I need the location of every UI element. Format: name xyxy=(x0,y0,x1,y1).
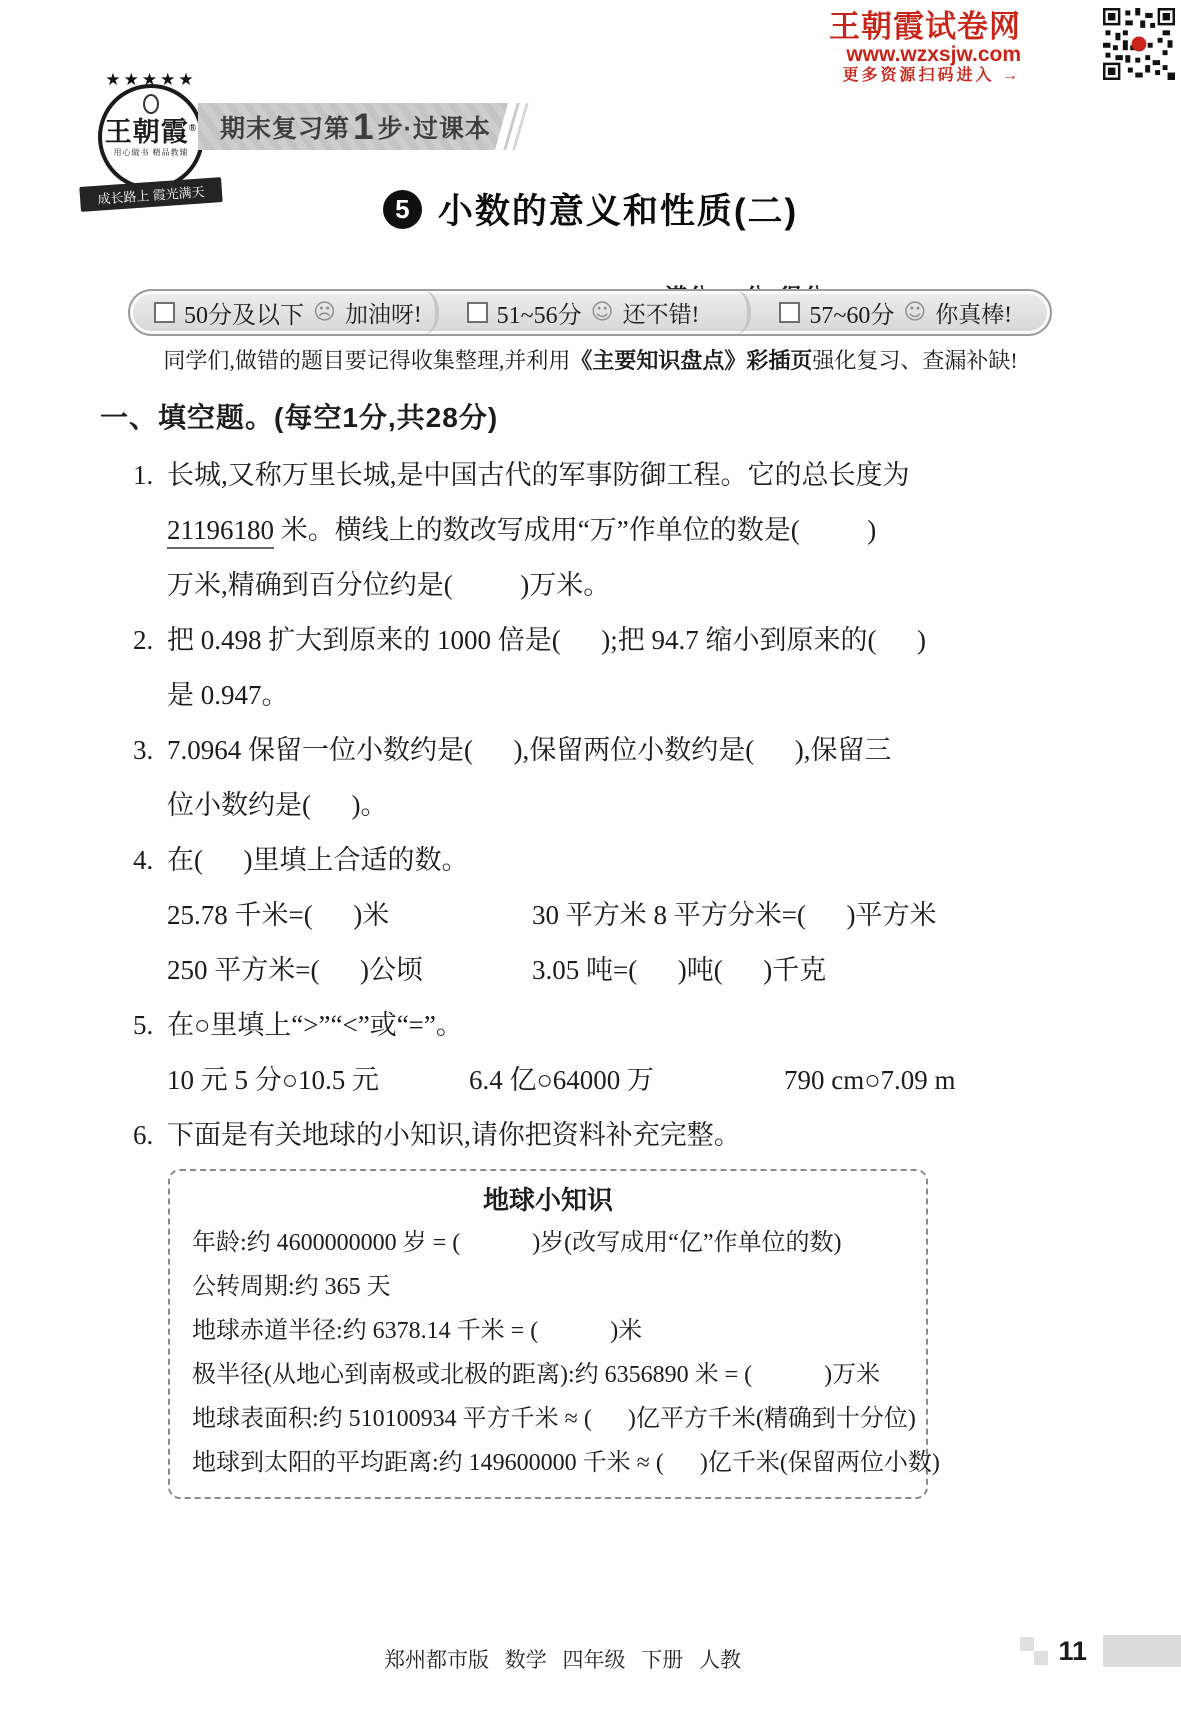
step-banner: 期末复习第1步·过课本 xyxy=(198,103,508,150)
question-6-head: 6.下面是有关地球的小知识,请你把资料补充完整。 xyxy=(133,1108,1048,1163)
badge-circle: 王朝霞® 用心做书 精品教辅 xyxy=(98,84,204,190)
question-1-line-1: 1.长城,又称万里长城,是中国古代的军事防御工程。它的总长度为 xyxy=(133,448,1048,503)
score-band-high: 57~60分 ☺ 你真棒! xyxy=(755,295,1050,330)
tab-bar-decoration xyxy=(1103,1635,1181,1667)
lesson-number-circle: 5 xyxy=(383,190,422,229)
question-text: 米。横线上的数改写成用“万”作单位的数是( ) xyxy=(274,515,876,545)
score-band-low: 50分及以下 ☹ 加油呀! xyxy=(130,295,425,330)
smiley-face-icon: ☹ xyxy=(313,300,336,325)
question-4-row-2: 250 平方米=( )公顷3.05 吨=( )吨( )千克 xyxy=(133,943,1048,998)
badge-slogan: 用心做书 精品教辅 xyxy=(102,147,200,158)
lesson-title: 小数的意义和性质(二) xyxy=(438,184,798,234)
step-prefix: 期末复习第 xyxy=(220,109,350,145)
checkbox[interactable] xyxy=(467,302,488,323)
checkbox[interactable] xyxy=(779,302,800,323)
earth-box-title: 地球小知识 xyxy=(192,1179,904,1221)
question-text: 下面是有关地球的小知识,请你把资料补充完整。 xyxy=(167,1120,741,1150)
page-number-tab: 11 xyxy=(1020,1633,1181,1669)
band-range: 57~60分 xyxy=(809,295,894,330)
question-5-row: 10 元 5 分○10.5 元6.4 亿○64000 万790 cm○7.09 … xyxy=(133,1053,1048,1108)
question-text: 位小数约是( )。 xyxy=(167,790,387,820)
question-text: 7.0964 保留一位小数约是( ),保留两位小数约是( ),保留三 xyxy=(167,735,891,765)
step-number: 1 xyxy=(350,107,378,147)
comparison-item: 10 元 5 分○10.5 元 xyxy=(167,1053,469,1108)
question-1-line-2: 21196180 米。横线上的数改写成用“万”作单位的数是( ) xyxy=(133,503,1048,558)
site-tagline: 更多资源扫码进入 → xyxy=(829,66,1021,86)
smiley-face-icon: ☺ xyxy=(591,300,614,325)
question-3-line-2: 位小数约是( )。 xyxy=(133,778,1048,833)
question-text: 万米,精确到百分位约是( )万米。 xyxy=(167,570,610,600)
question-list: 1.长城,又称万里长城,是中国古代的军事防御工程。它的总长度为 21196180… xyxy=(133,448,1048,1499)
question-number: 4. xyxy=(133,833,167,888)
question-1-line-3: 万米,精确到百分位约是( )万米。 xyxy=(133,558,1048,613)
earth-fact-orbit: 公转周期:约 365 天 xyxy=(192,1265,904,1309)
comparison-item: 790 cm○7.09 m xyxy=(784,1053,956,1108)
banner-slash-decoration xyxy=(503,103,528,150)
question-number: 1. xyxy=(133,448,167,503)
conversion-item: 250 平方米=( )公顷 xyxy=(167,943,532,998)
question-text: 把 0.498 扩大到原来的 1000 倍是( );把 94.7 缩小到原来的(… xyxy=(167,625,926,655)
conversion-item: 25.78 千米=( )米 xyxy=(167,888,532,943)
score-bands-bar: 50分及以下 ☹ 加油呀! 51~56分 ☺ 还不错! 57~60分 ☺ 你真棒… xyxy=(128,289,1052,336)
earth-fact-equator-radius: 地球赤道半径:约 6378.14 千米 = ( )米 xyxy=(192,1309,904,1353)
smiley-face-icon: ☺ xyxy=(903,300,926,325)
question-3-line-1: 3.7.0964 保留一位小数约是( ),保留两位小数约是( ),保留三 xyxy=(133,723,1048,778)
earth-fact-surface-area: 地球表面积:约 510100934 平方千米 ≈ ( )亿平方千米(精确到十分位… xyxy=(192,1397,904,1441)
question-4-row-1: 25.78 千米=( )米30 平方米 8 平方分米=( )平方米 xyxy=(133,888,1048,943)
notice-pre: 同学们,做错的题目要记得收集整理,并利用 xyxy=(163,348,570,373)
study-notice: 同学们,做错的题目要记得收集整理,并利用《主要知识盘点》彩插页强化复习、查漏补缺… xyxy=(0,344,1181,375)
comparison-item: 6.4 亿○64000 万 xyxy=(469,1053,784,1108)
question-number: 2. xyxy=(133,613,167,668)
badge-portrait-icon xyxy=(143,94,159,114)
conversion-item: 3.05 吨=( )吨( )千克 xyxy=(532,943,826,998)
badge-name: 王朝霞® xyxy=(102,114,200,147)
question-number: 6. xyxy=(133,1108,167,1163)
section-heading: 一、填空题。(每空1分,共28分) xyxy=(100,388,1181,448)
underlined-number: 21196180 xyxy=(167,515,274,549)
question-text: 是 0.947。 xyxy=(167,680,289,710)
question-text: 在○里填上“>”“<”或“=”。 xyxy=(167,1010,463,1040)
step-suffix: 步·过课本 xyxy=(378,109,491,145)
edition-info: 郑州都市版 数学 四年级 下册 人教 xyxy=(384,1644,741,1674)
publisher-badge: 王朝霞® 用心做书 精品教辅 成长路上 霞光满天 xyxy=(84,70,218,207)
earth-fact-age: 年龄:约 4600000000 岁 = ( )岁(改写成用“亿”作单位的数) xyxy=(192,1221,904,1265)
site-brand-block: 王朝霞试卷网 www.wzxsjw.com 更多资源扫码进入 → xyxy=(829,10,1021,86)
page-number: 11 xyxy=(1048,1636,1103,1667)
question-text: 长城,又称万里长城,是中国古代的军事防御工程。它的总长度为 xyxy=(167,460,910,490)
band-divider xyxy=(737,291,751,334)
worksheet-body: 一、填空题。(每空1分,共28分) 1.长城,又称万里长城,是中国古代的军事防御… xyxy=(0,388,1181,1499)
band-remark: 还不错! xyxy=(623,296,700,329)
band-remark: 加油呀! xyxy=(345,296,422,329)
question-2-line-1: 2.把 0.498 扩大到原来的 1000 倍是( );把 94.7 缩小到原来… xyxy=(133,613,1048,668)
conversion-item: 30 平方米 8 平方分米=( )平方米 xyxy=(532,888,936,943)
question-text: 在( )里填上合适的数。 xyxy=(167,845,468,875)
checkbox[interactable] xyxy=(154,302,175,323)
question-4-head: 4.在( )里填上合适的数。 xyxy=(133,833,1048,888)
earth-fact-polar-radius: 极半径(从地心到南极或北极的距离):约 6356890 米 = ( )万米 xyxy=(192,1353,904,1397)
question-5-head: 5.在○里填上“>”“<”或“=”。 xyxy=(133,998,1048,1053)
band-divider xyxy=(425,291,439,334)
checker-decoration xyxy=(1020,1637,1048,1665)
question-number: 3. xyxy=(133,723,167,778)
band-remark: 你真棒! xyxy=(935,296,1012,329)
notice-post: 强化复习、查漏补缺! xyxy=(812,348,1017,373)
step-banner-text: 期末复习第1步·过课本 xyxy=(220,107,491,147)
earth-fact-sun-distance: 地球到太阳的平均距离:约 149600000 千米 ≈ ( )亿千米(保留两位小… xyxy=(192,1441,904,1485)
question-2-line-2: 是 0.947。 xyxy=(133,668,1048,723)
earth-facts-box: 地球小知识 年龄:约 4600000000 岁 = ( )岁(改写成用“亿”作单… xyxy=(168,1169,928,1499)
registered-mark: ® xyxy=(189,123,197,134)
badge-stars-icon xyxy=(84,70,218,90)
band-range: 51~56分 xyxy=(497,295,582,330)
site-brand-name: 王朝霞试卷网 xyxy=(829,10,1021,43)
site-url: www.wzxsjw.com xyxy=(829,43,1021,66)
score-band-mid: 51~56分 ☺ 还不错! xyxy=(443,295,738,330)
question-number: 5. xyxy=(133,998,167,1053)
notice-bold: 《主要知识盘点》彩插页 xyxy=(570,348,812,373)
band-range: 50分及以下 xyxy=(184,295,304,330)
qr-code-icon xyxy=(1103,8,1175,80)
